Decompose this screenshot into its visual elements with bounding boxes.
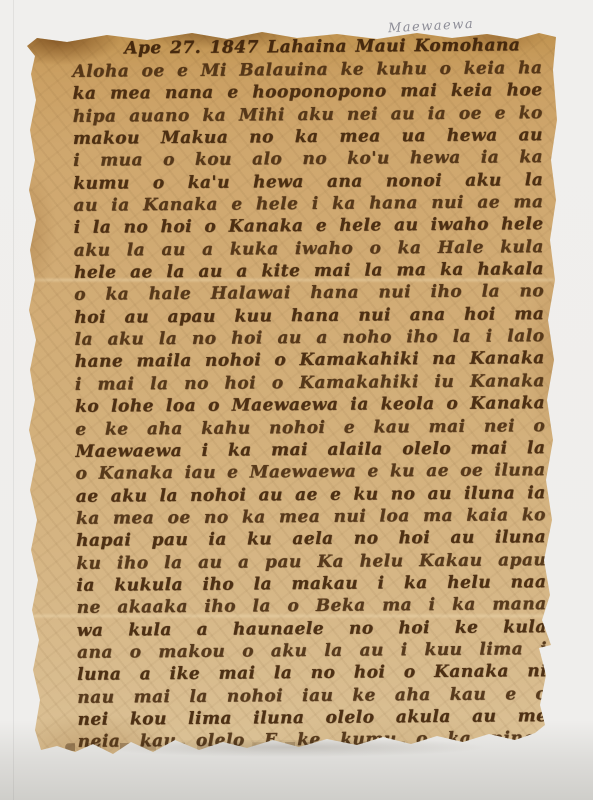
letter-text-block: Ape 27. 1847 Lahaina Maui Komohana Aloha… bbox=[72, 34, 548, 753]
letter-paper: Ape 27. 1847 Lahaina Maui Komohana Aloha… bbox=[27, 30, 557, 758]
scanned-letter-page: { "document": { "kind": "Handwritten let… bbox=[0, 0, 593, 800]
scanner-edge-line bbox=[13, 0, 14, 800]
pencil-annotation: Maewaewa bbox=[388, 17, 475, 36]
letter-dateline: Ape 27. 1847 Lahaina Maui Komohana bbox=[124, 34, 512, 60]
paper-shadow bbox=[27, 740, 552, 764]
